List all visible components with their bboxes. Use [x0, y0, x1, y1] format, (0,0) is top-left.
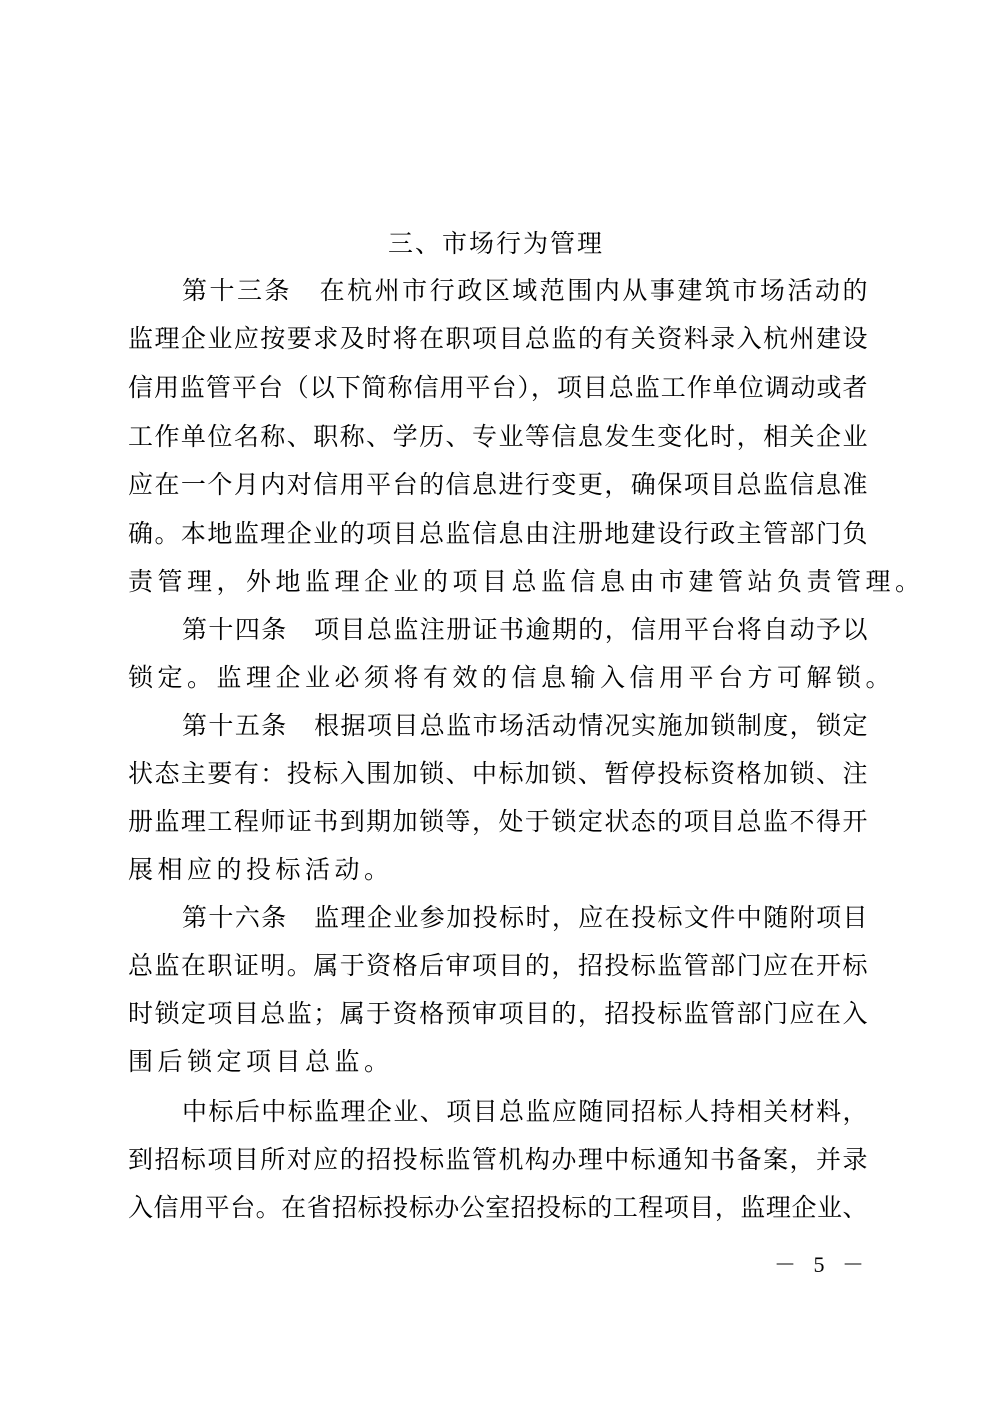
- paragraph-line: 总监在职证明。属于资格后审项目的，招投标监管部门应在开标: [128, 950, 868, 982]
- paragraph-line: 到招标项目所对应的招投标监管机构办理中标通知书备案，并录: [128, 1144, 868, 1176]
- paragraph-line: 状态主要有：投标入围加锁、中标加锁、暂停投标资格加锁、注: [128, 758, 868, 790]
- paragraph-line: 信用监管平台（以下简称信用平台），项目总监工作单位调动或者: [128, 372, 868, 404]
- paragraph-line: 中标后中标监理企业、项目总监应随同招标人持相关材料，: [182, 1096, 868, 1128]
- paragraph-line: 第十三条 在杭州市行政区域范围内从事建筑市场活动的: [182, 275, 868, 307]
- paragraph-line: 围后锁定项目总监。: [128, 1046, 868, 1078]
- paragraph-line: 第十六条 监理企业参加投标时，应在投标文件中随附项目: [182, 902, 868, 934]
- paragraph-line: 责管理，外地监理企业的项目总监信息由市建管站负责管理。: [128, 566, 868, 598]
- document-page: 三、市场行为管理 第十三条 在杭州市行政区域范围内从事建筑市场活动的 监理企业应…: [0, 0, 992, 1403]
- paragraph-line: 应在一个月内对信用平台的信息进行变更，确保项目总监信息准: [128, 469, 868, 501]
- page-number: － 5 －: [774, 1248, 870, 1279]
- paragraph-line: 工作单位名称、职称、学历、专业等信息发生变化时，相关企业: [128, 421, 868, 453]
- paragraph-line: 确。本地监理企业的项目总监信息由注册地建设行政主管部门负: [128, 518, 868, 550]
- paragraph-line: 册监理工程师证书到期加锁等，处于锁定状态的项目总监不得开: [128, 806, 868, 838]
- paragraph-line: 锁定。监理企业必须将有效的信息输入信用平台方可解锁。: [128, 662, 868, 694]
- paragraph-line: 第十四条 项目总监注册证书逾期的，信用平台将自动予以: [182, 614, 868, 646]
- paragraph-line: 第十五条 根据项目总监市场活动情况实施加锁制度，锁定: [182, 710, 868, 742]
- paragraph-line: 监理企业应按要求及时将在职项目总监的有关资料录入杭州建设: [128, 323, 868, 355]
- paragraph-line: 入信用平台。在省招标投标办公室招投标的工程项目，监理企业、: [128, 1192, 868, 1224]
- paragraph-line: 展相应的投标活动。: [128, 854, 868, 886]
- paragraph-line: 时锁定项目总监；属于资格预审项目的，招投标监管部门应在入: [128, 998, 868, 1030]
- section-heading: 三、市场行为管理: [0, 228, 992, 260]
